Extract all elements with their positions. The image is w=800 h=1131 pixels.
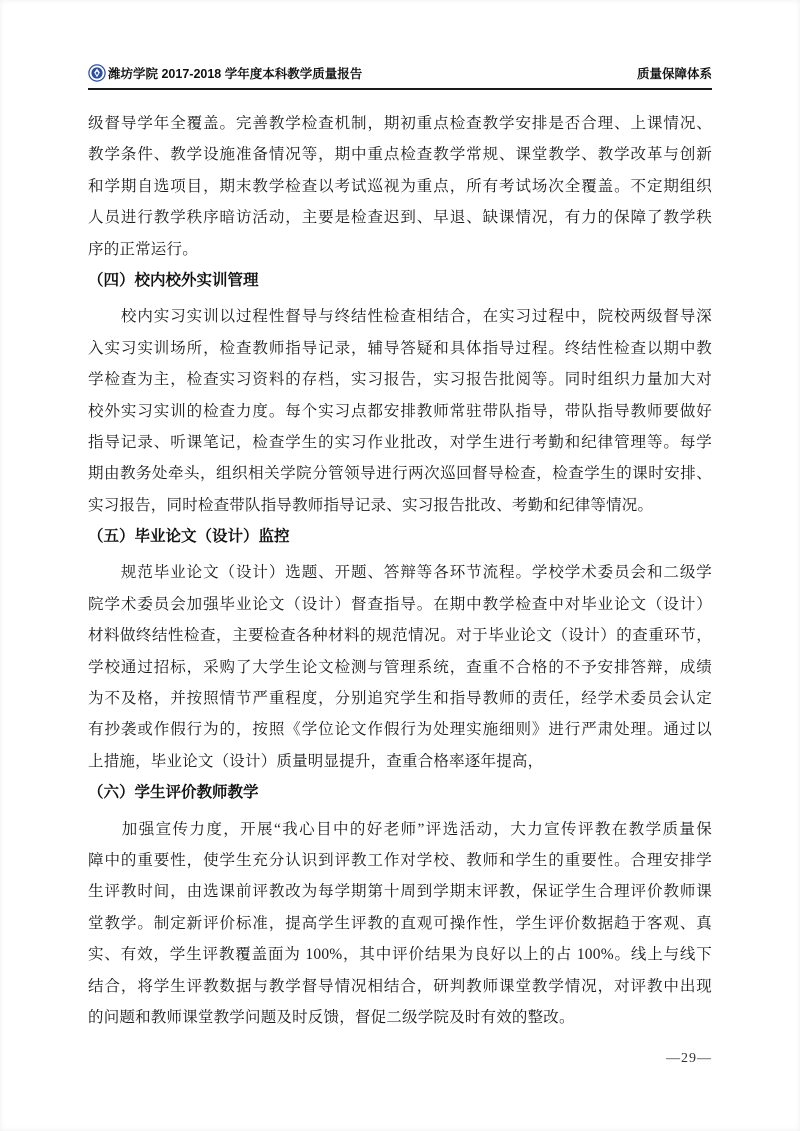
report-title: 潍坊学院 2017-2018 学年度本科教学质量报告 bbox=[108, 64, 362, 82]
text-line: 指导记录、听课笔记，检查学生的实习作业批改，对学生进行考勤和纪律管理等。每学 bbox=[88, 427, 712, 458]
text-line: 规范毕业论文（设计）选题、开题、答辩等各环节流程。学校学术委员会和二级学 bbox=[88, 557, 712, 588]
text-line: 实习报告，同时检查带队指导教师指导记录、实习报告批改、考勤和纪律等情况。 bbox=[88, 490, 712, 521]
paragraph: 规范毕业论文（设计）选题、开题、答辩等各环节流程。学校学术委员会和二级学院学术委… bbox=[88, 557, 712, 777]
text-line: 为不及格，并按照情节严重程度，分别追究学生和指导教师的责任，经学术委员会认定 bbox=[88, 683, 712, 714]
text-line: 实、有效，学生评教覆盖面为 100%，其中评价结果为良好以上的占 100%。线上… bbox=[88, 939, 712, 970]
section-heading: （四）校内校外实训管理 bbox=[88, 265, 712, 296]
paragraph: 级督导学年全覆盖。完善教学检查机制，期初重点检查教学安排是否合理、上课情况、教学… bbox=[88, 108, 712, 265]
text-line: 教学条件、教学设施准备情况等，期中重点检查教学常规、课堂教学、教学改革与创新 bbox=[88, 139, 712, 170]
header-left: 潍坊学院 2017-2018 学年度本科教学质量报告 bbox=[88, 64, 362, 82]
document-body: 级督导学年全覆盖。完善教学检查机制，期初重点检查教学安排是否合理、上课情况、教学… bbox=[88, 108, 712, 1033]
header-section-label: 质量保障体系 bbox=[637, 64, 712, 82]
text-line: 级督导学年全覆盖。完善教学检查机制，期初重点检查教学安排是否合理、上课情况、 bbox=[88, 108, 712, 139]
paragraph: 加强宣传力度，开展“我心目中的好老师”评选活动，大力宣传评教在教学质量保障中的重… bbox=[88, 814, 712, 1034]
text-line: 期由教务处牵头，组织相关学院分管领导进行两次巡回督导检查，检查学生的课时安排、 bbox=[88, 458, 712, 489]
page-number: —29— bbox=[666, 1051, 712, 1067]
text-line: 学检查为主，检查实习资料的存档，实习报告，实习报告批阅等。同时组织力量加大对 bbox=[88, 364, 712, 395]
university-emblem-icon bbox=[88, 64, 106, 82]
text-line: 加强宣传力度，开展“我心目中的好老师”评选活动，大力宣传评教在教学质量保 bbox=[88, 814, 712, 845]
text-line: 材料做终结性检查，主要检查各种材料的规范情况。对于毕业论文（设计）的查重环节， bbox=[88, 620, 712, 651]
text-line: 入实习实训场所，检查教师指导记录，辅导答疑和具体指导过程。终结性检查以期中教 bbox=[88, 333, 712, 364]
text-line: 校外实习实训的检查力度。每个实习点都安排教师常驻带队指导，带队指导教师要做好 bbox=[88, 396, 712, 427]
section-heading: （六）学生评价教师教学 bbox=[88, 777, 712, 808]
text-line: 结合，将学生评教数据与教学督导情况相结合，研判教师课堂教学情况，对评教中出现 bbox=[88, 971, 712, 1002]
section-heading: （五）毕业论文（设计）监控 bbox=[88, 521, 712, 552]
page-header: 潍坊学院 2017-2018 学年度本科教学质量报告 质量保障体系 bbox=[88, 58, 712, 90]
text-line: 的问题和教师课堂教学问题及时反馈，督促二级学院及时有效的整改。 bbox=[88, 1002, 712, 1033]
text-line: 堂教学。制定新评价标准，提高学生评教的直观可操作性，学生评价数据趋于客观、真 bbox=[88, 908, 712, 939]
text-line: 人员进行教学秩序暗访活动，主要是检查迟到、早退、缺课情况，有力的保障了教学秩 bbox=[88, 202, 712, 233]
document-page: 潍坊学院 2017-2018 学年度本科教学质量报告 质量保障体系 级督导学年全… bbox=[0, 0, 800, 1131]
text-line: 学校通过招标，采购了大学生论文检测与管理系统，查重不合格的不予安排答辩，成绩 bbox=[88, 652, 712, 683]
paragraph: 校内实习实训以过程性督导与终结性检查相结合，在实习过程中，院校两级督导深入实习实… bbox=[88, 301, 712, 521]
text-line: 序的正常运行。 bbox=[88, 234, 712, 265]
text-line: 和学期自选项目，期末教学检查以考试巡视为重点，所有考试场次全覆盖。不定期组织 bbox=[88, 171, 712, 202]
text-line: 生评教时间，由选课前评教改为每学期第十周到学期末评教，保证学生合理评价教师课 bbox=[88, 876, 712, 907]
text-line: 校内实习实训以过程性督导与终结性检查相结合，在实习过程中，院校两级督导深 bbox=[88, 301, 712, 332]
text-line: 有抄袭或作假行为的，按照《学位论文作假行为处理实施细则》进行严肃处理。通过以 bbox=[88, 714, 712, 745]
text-line: 上措施，毕业论文（设计）质量明显提升，查重合格率逐年提高， bbox=[88, 746, 712, 777]
text-line: 障中的重要性，使学生充分认识到评教工作对学校、教师和学生的重要性。合理安排学 bbox=[88, 845, 712, 876]
text-line: 院学术委员会加强毕业论文（设计）督查指导。在期中教学检查中对毕业论文（设计） bbox=[88, 589, 712, 620]
